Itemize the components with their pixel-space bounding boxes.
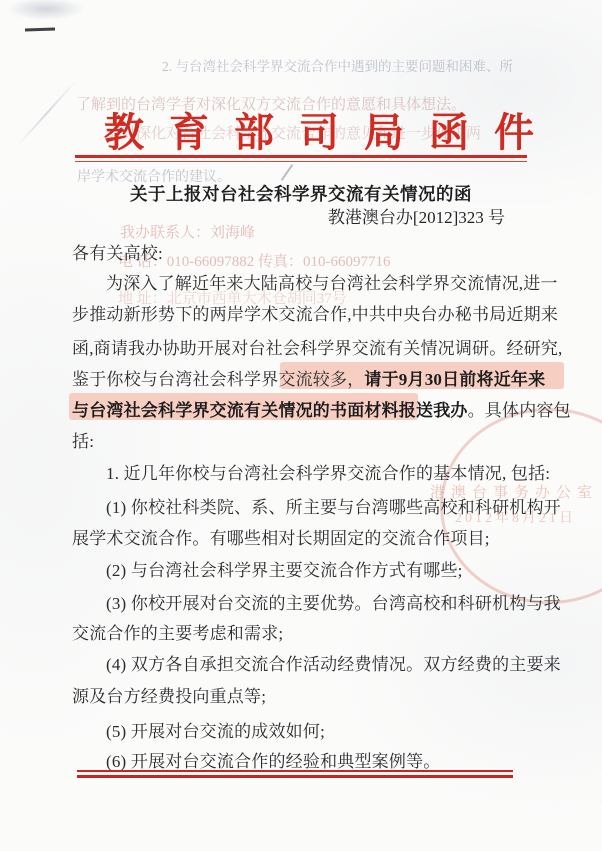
body-item-sub1: (1) 你校社科类院、系、所主要与台湾哪些高校和科研机构开 [106, 496, 561, 520]
body-line-bold-highlighted: 与台湾社会科学界交流有关情况的书面材料报送我办 [72, 401, 468, 420]
scanned-document-page: 2. 与台湾社会科学界交流合作中遇到的主要问题和困难、所 了解到的台湾学者对深化… [0, 0, 602, 851]
body-item-1: 1. 近几年你校与台湾社会科学界交流合作的基本情况, 包括: [106, 462, 550, 486]
body-line: 步推动新形势下的两岸学术交流合作,中共中央台办秘书局近期来 [72, 303, 558, 327]
body-item-sub5: (5) 开展对台交流的成效如何; [106, 720, 325, 744]
body-line: 源及台方经费投向重点等; [72, 685, 266, 709]
body-line: 交流合作的主要考虑和需求; [72, 622, 283, 646]
body-item-sub3: (3) 你校开展对台交流的主要优势。台湾高校和科研机构与我 [106, 592, 561, 616]
pen-dash-mark [25, 27, 55, 31]
body-item-sub4: (4) 双方各自承担交流合作活动经费情况。双方经费的主要来 [106, 653, 561, 677]
paper-crease [17, 80, 76, 145]
body-line: 鉴于你校与台湾社会科学界交流较多，请于9月30日前将近年来 [72, 368, 545, 392]
letterhead-rule-thin [75, 161, 527, 162]
letterhead-title: 教育部司局函件 [104, 101, 559, 158]
body-line-regular: 鉴于你校与台湾社会科学界交流较多， [72, 370, 364, 389]
body-line-regular: 。具体内容包 [468, 401, 571, 420]
red-underline-top [77, 770, 513, 772]
salutation: 各有关高校: [72, 242, 163, 266]
body-item-sub2: (2) 与台湾社会科学界主要交流合作方式有哪些; [106, 559, 463, 583]
body-line: 函,商请我办协助开展对台社会科学界交流有关情况调研。经研究, [72, 337, 563, 361]
body-line: 展学术交流合作。有哪些相对长期固定的交流合作项目; [72, 527, 490, 551]
body-line: 与台湾社会科学界交流有关情况的书面材料报送我办。具体内容包 [72, 399, 571, 423]
letterhead-rule-thick [75, 155, 527, 158]
body-line: 括: [72, 430, 94, 454]
document-number: 教港澳台办[2012]323 号 [0, 203, 505, 228]
body-line: 为深入了解近年来大陆高校与台湾社会科学界交流情况,进一 [106, 272, 558, 296]
red-underline-bottom [77, 775, 513, 778]
ghost-text-line: 2. 与台湾社会科学界交流合作中遇到的主要问题和困难、所 [162, 55, 513, 75]
body-line-bold-highlighted: 请于9月30日前将近年来 [364, 370, 545, 389]
pen-slash-mark [281, 164, 294, 181]
